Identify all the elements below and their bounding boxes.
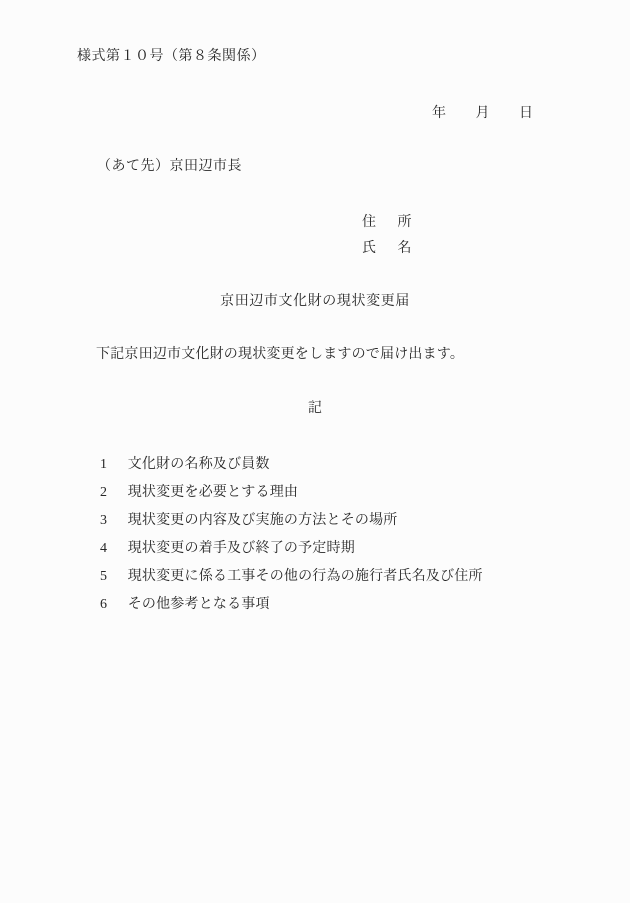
- item-text: 現状変更に係る工事その他の行為の施行者氏名及び住所: [128, 569, 483, 584]
- document-page: 様式第１０号（第８条関係） 年 月 日 （あて先）京田辺市長 住 所 氏 名 京…: [0, 0, 630, 903]
- date-day-label: 日: [519, 106, 533, 121]
- date-line: 年 月 日: [432, 107, 533, 121]
- addressee-line: （あて先）京田辺市長: [97, 160, 242, 174]
- ki-marker: 記: [0, 402, 630, 416]
- name-label: 氏 名: [362, 242, 412, 256]
- body-text: 下記京田辺市文化財の現状変更をしますので届け出ます。: [96, 348, 464, 362]
- item-number: 4: [100, 542, 124, 556]
- item-number: 3: [100, 514, 124, 528]
- item-list: 1 文化財の名称及び員数 2 現状変更を必要とする理由 3 現状変更の内容及び実…: [100, 458, 483, 626]
- name-label-char2: 名: [398, 241, 412, 256]
- address-label: 住 所: [362, 216, 412, 230]
- date-month-label: 月: [476, 106, 490, 121]
- item-text: 現状変更を必要とする理由: [128, 485, 298, 500]
- item-number: 6: [100, 598, 124, 612]
- address-label-char1: 住: [362, 215, 376, 230]
- name-label-char1: 氏: [362, 241, 376, 256]
- item-text: 現状変更の内容及び実施の方法とその場所: [128, 513, 398, 528]
- address-label-char2: 所: [398, 215, 412, 230]
- list-item: 5 現状変更に係る工事その他の行為の施行者氏名及び住所: [100, 570, 483, 598]
- list-item: 4 現状変更の着手及び終了の予定時期: [100, 542, 483, 570]
- item-text: 文化財の名称及び員数: [128, 457, 270, 472]
- item-number: 1: [100, 458, 124, 472]
- date-year-label: 年: [432, 106, 446, 121]
- item-number: 5: [100, 570, 124, 584]
- item-text: その他参考となる事項: [128, 597, 270, 612]
- list-item: 3 現状変更の内容及び実施の方法とその場所: [100, 514, 483, 542]
- list-item: 2 現状変更を必要とする理由: [100, 486, 483, 514]
- item-number: 2: [100, 486, 124, 500]
- item-text: 現状変更の着手及び終了の予定時期: [128, 541, 355, 556]
- document-title: 京田辺市文化財の現状変更届: [0, 295, 630, 309]
- form-number: 様式第１０号（第８条関係）: [77, 50, 266, 64]
- list-item: 1 文化財の名称及び員数: [100, 458, 483, 486]
- list-item: 6 その他参考となる事項: [100, 598, 483, 626]
